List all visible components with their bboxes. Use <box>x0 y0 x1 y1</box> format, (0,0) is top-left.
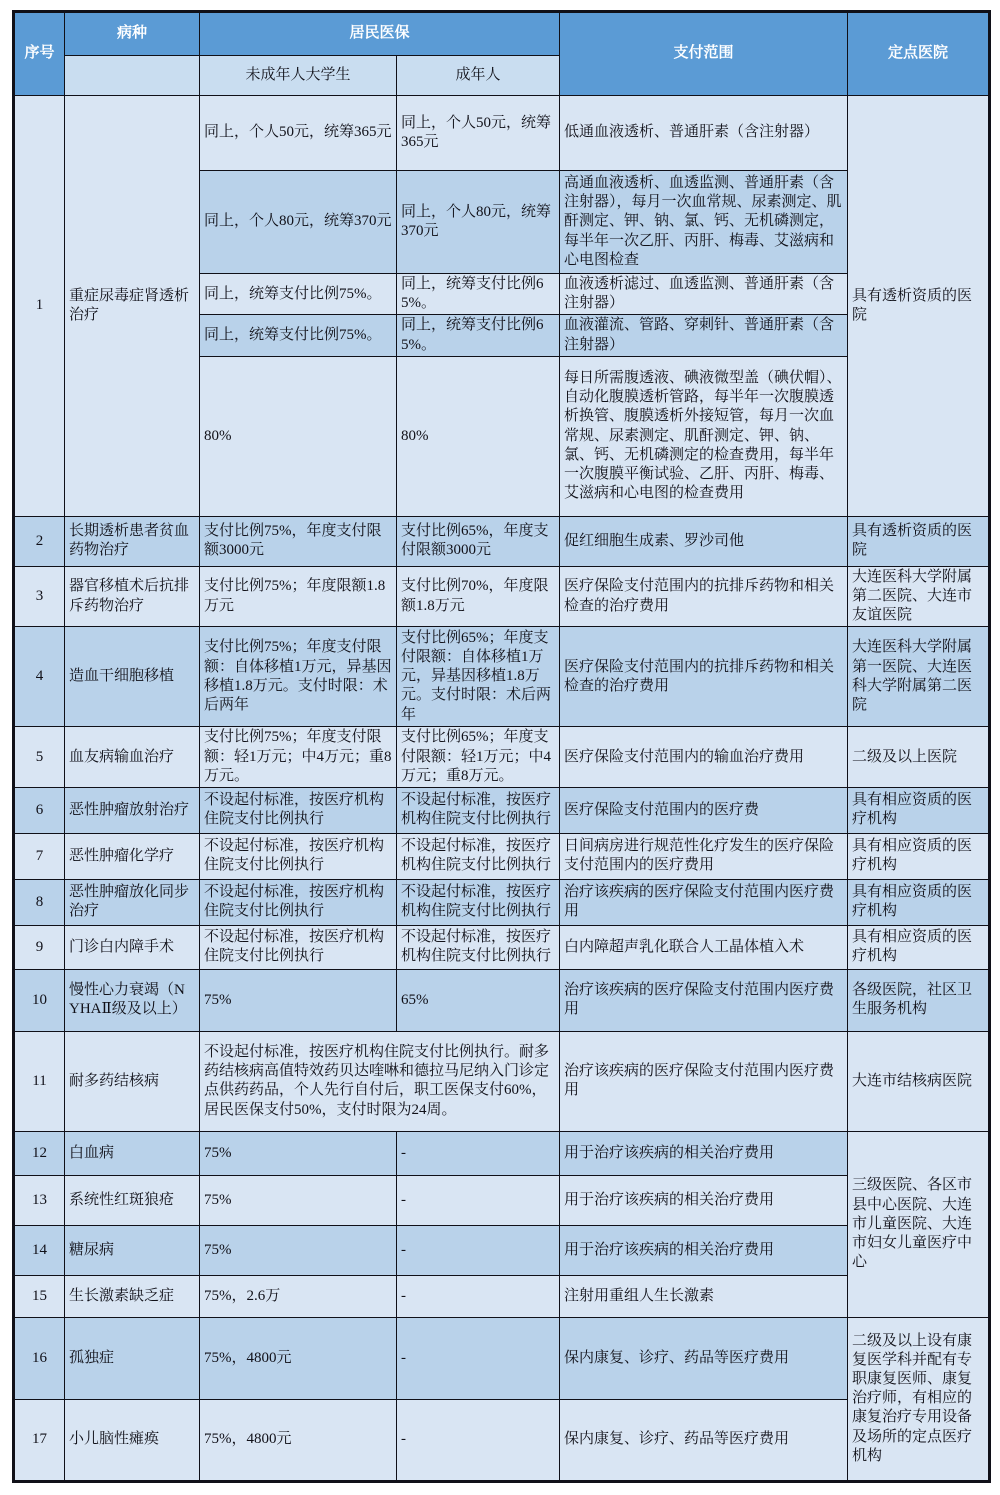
cell-r2-disease: 长期透析患者贫血药物治疗 <box>65 516 200 566</box>
cell-r13-scope: 用于治疗该疾病的相关治疗费用 <box>560 1175 848 1225</box>
cell-r5-disease: 血友病输血治疗 <box>65 727 200 788</box>
cell-r3-adult: 支付比例70%，年度限额1.8万元 <box>397 566 560 627</box>
cell-r2-adult: 支付比例65%，年度支付限额3000元 <box>397 516 560 566</box>
table-row-15: 15 生长激素缺乏症 75%，2.6万 - 注射用重组人生长激素 <box>14 1275 990 1317</box>
cell-r7-hospital: 具有相应资质的医疗机构 <box>848 833 990 879</box>
cell-r1s3-adult: 同上，统筹支付比例65%。 <box>397 274 560 315</box>
cell-r6-seq: 6 <box>14 787 65 833</box>
cell-r1s5-scope: 每日所需腹透液、碘液微型盖（碘伏帽）、自动化腹膜透析管路，每半年一次腹膜透析换管… <box>560 356 848 516</box>
cell-r4-disease: 造血干细胞移植 <box>65 627 200 727</box>
cell-r14-minor: 75% <box>200 1225 397 1275</box>
cell-r1s4-scope: 血液灌流、管路、穿刺针、普通肝素（含注射器） <box>560 315 848 356</box>
cell-r1s5-adult: 80% <box>397 356 560 516</box>
cell-r2-minor: 支付比例75%，年度支付限额3000元 <box>200 516 397 566</box>
cell-r1-hospital: 具有透析资质的医院 <box>848 96 990 517</box>
cell-r10-disease: 慢性心力衰竭（NYHAⅡ级及以上） <box>65 969 200 1031</box>
cell-r12-hospital-merged: 三级医院、各区市县中心医院、大连市儿童医院、大连市妇女儿童医疗中心 <box>848 1131 990 1317</box>
cell-r8-minor: 不设起付标准，按医疗机构住院支付比例执行 <box>200 879 397 925</box>
cell-r3-scope: 医疗保险支付范围内的抗排斥药物和相关检查的治疗费用 <box>560 566 848 627</box>
cell-r10-minor: 75% <box>200 969 397 1031</box>
cell-r4-scope: 医疗保险支付范围内的抗排斥药物和相关检查的治疗费用 <box>560 627 848 727</box>
cell-r6-minor: 不设起付标准，按医疗机构住院支付比例执行 <box>200 787 397 833</box>
cell-r5-scope: 医疗保险支付范围内的输血治疗费用 <box>560 727 848 788</box>
cell-r9-scope: 白内障超声乳化联合人工晶体植入术 <box>560 925 848 969</box>
cell-r5-adult: 支付比例65%；年度支付限额：轻1万元；中4万元；重8万元。 <box>397 727 560 788</box>
cell-r7-seq: 7 <box>14 833 65 879</box>
header-seq: 序号 <box>14 12 65 96</box>
cell-r8-disease: 恶性肿瘤放化同步治疗 <box>65 879 200 925</box>
cell-r10-adult: 65% <box>397 969 560 1031</box>
cell-r13-seq: 13 <box>14 1175 65 1225</box>
cell-r1s4-minor: 同上，统筹支付比例75%。 <box>200 315 397 356</box>
cell-r10-scope: 治疗该疾病的医疗保险支付范围内医疗费用 <box>560 969 848 1031</box>
table-row-4: 4 造血干细胞移植 支付比例75%；年度支付限额：自体移植1万元，异基因移植1.… <box>14 627 990 727</box>
cell-r2-hospital: 具有透析资质的医院 <box>848 516 990 566</box>
header-minor-student: 未成年人大学生 <box>200 56 397 96</box>
header-disease-empty <box>65 56 200 96</box>
cell-r12-adult: - <box>397 1131 560 1175</box>
cell-r10-hospital: 各级医院，社区卫生服务机构 <box>848 969 990 1031</box>
cell-r12-minor: 75% <box>200 1131 397 1175</box>
cell-r1s3-scope: 血液透析滤过、血透监测、普通肝素（含注射器） <box>560 274 848 315</box>
header-hospital: 定点医院 <box>848 12 990 96</box>
cell-r1s4-adult: 同上，统筹支付比例65%。 <box>397 315 560 356</box>
table-row-14: 14 糖尿病 75% - 用于治疗该疾病的相关治疗费用 <box>14 1225 990 1275</box>
cell-r1s1-scope: 低通血液透析、普通肝素（含注射器） <box>560 96 848 171</box>
cell-r8-adult: 不设起付标准，按医疗机构住院支付比例执行 <box>397 879 560 925</box>
header-resident-insurance: 居民医保 <box>200 12 560 56</box>
cell-r1-disease: 重症尿毒症肾透析治疗 <box>65 96 200 517</box>
cell-r9-hospital: 具有相应资质的医疗机构 <box>848 925 990 969</box>
cell-r15-seq: 15 <box>14 1275 65 1317</box>
cell-r4-hospital: 大连医科大学附属第一医院、大连医科大学附属第二医院 <box>848 627 990 727</box>
table-row-3: 3 器官移植术后抗排斥药物治疗 支付比例75%；年度限额1.8万元 支付比例70… <box>14 566 990 627</box>
cell-r5-hospital: 二级及以上医院 <box>848 727 990 788</box>
cell-r14-adult: - <box>397 1225 560 1275</box>
table-row-9: 9 门诊白内障手术 不设起付标准，按医疗机构住院支付比例执行 不设起付标准，按医… <box>14 925 990 969</box>
cell-r15-scope: 注射用重组人生长激素 <box>560 1275 848 1317</box>
header-disease: 病种 <box>65 12 200 56</box>
cell-r6-scope: 医疗保险支付范围内的医疗费 <box>560 787 848 833</box>
cell-r17-adult: - <box>397 1399 560 1481</box>
cell-r15-minor: 75%，2.6万 <box>200 1275 397 1317</box>
cell-r13-minor: 75% <box>200 1175 397 1225</box>
cell-r9-minor: 不设起付标准，按医疗机构住院支付比例执行 <box>200 925 397 969</box>
cell-r17-scope: 保内康复、诊疗、药品等医疗费用 <box>560 1399 848 1481</box>
table-row-16: 16 孤独症 75%，4800元 - 保内康复、诊疗、药品等医疗费用 二级及以上… <box>14 1317 990 1399</box>
cell-r11-hospital: 大连市结核病医院 <box>848 1031 990 1131</box>
cell-r4-adult: 支付比例65%；年度支付限额：自体移植1万元，异基因移植1.8万元。支付时限：术… <box>397 627 560 727</box>
table-row-17: 17 小儿脑性瘫痪 75%，4800元 - 保内康复、诊疗、药品等医疗费用 <box>14 1399 990 1481</box>
table-row-6: 6 恶性肿瘤放射治疗 不设起付标准，按医疗机构住院支付比例执行 不设起付标准，按… <box>14 787 990 833</box>
cell-r7-disease: 恶性肿瘤化学疗 <box>65 833 200 879</box>
cell-r1s5-minor: 80% <box>200 356 397 516</box>
cell-r3-minor: 支付比例75%；年度限额1.8万元 <box>200 566 397 627</box>
cell-r6-disease: 恶性肿瘤放射治疗 <box>65 787 200 833</box>
cell-r1s2-adult: 同上，个人80元，统筹370元 <box>397 171 560 274</box>
cell-r11-scope: 治疗该疾病的医疗保险支付范围内医疗费用 <box>560 1031 848 1131</box>
table-row-5: 5 血友病输血治疗 支付比例75%；年度支付限额：轻1万元；中4万元；重8万元。… <box>14 727 990 788</box>
cell-r16-adult: - <box>397 1317 560 1399</box>
cell-r7-minor: 不设起付标准，按医疗机构住院支付比例执行 <box>200 833 397 879</box>
cell-r14-disease: 糖尿病 <box>65 1225 200 1275</box>
cell-r16-seq: 16 <box>14 1317 65 1399</box>
table-row-7: 7 恶性肿瘤化学疗 不设起付标准，按医疗机构住院支付比例执行 不设起付标准，按医… <box>14 833 990 879</box>
cell-r9-seq: 9 <box>14 925 65 969</box>
cell-r6-adult: 不设起付标准，按医疗机构住院支付比例执行 <box>397 787 560 833</box>
cell-r2-seq: 2 <box>14 516 65 566</box>
cell-r7-adult: 不设起付标准，按医疗机构住院支付比例执行 <box>397 833 560 879</box>
cell-r5-minor: 支付比例75%；年度支付限额：轻1万元；中4万元；重8万元。 <box>200 727 397 788</box>
cell-r17-seq: 17 <box>14 1399 65 1481</box>
cell-r16-disease: 孤独症 <box>65 1317 200 1399</box>
cell-r11-payment-merged: 不设起付标准，按医疗机构住院支付比例执行。耐多药结核病高值特效药贝达喹啉和德拉马… <box>200 1031 560 1131</box>
page: 序号 病种 居民医保 支付范围 定点医院 未成年人大学生 成年人 1 重症尿毒症… <box>0 0 1000 1495</box>
table-row-11: 11 耐多药结核病 不设起付标准，按医疗机构住院支付比例执行。耐多药结核病高值特… <box>14 1031 990 1131</box>
table-row-8: 8 恶性肿瘤放化同步治疗 不设起付标准，按医疗机构住院支付比例执行 不设起付标准… <box>14 879 990 925</box>
cell-r17-disease: 小儿脑性瘫痪 <box>65 1399 200 1481</box>
cell-r7-scope: 日间病房进行规范性化疗发生的医疗保险支付范围内的医疗费用 <box>560 833 848 879</box>
cell-r1s2-scope: 高通血液透析、血透监测、普通肝素（含注射器），每月一次血常规、尿素测定、肌酐测定… <box>560 171 848 274</box>
cell-r17-minor: 75%，4800元 <box>200 1399 397 1481</box>
cell-r10-seq: 10 <box>14 969 65 1031</box>
cell-r1s1-minor: 同上，个人50元，统筹365元 <box>200 96 397 171</box>
cell-r8-scope: 治疗该疾病的医疗保险支付范围内医疗费用 <box>560 879 848 925</box>
cell-r11-seq: 11 <box>14 1031 65 1131</box>
cell-r4-seq: 4 <box>14 627 65 727</box>
cell-r8-seq: 8 <box>14 879 65 925</box>
cell-r9-disease: 门诊白内障手术 <box>65 925 200 969</box>
header-adult: 成年人 <box>397 56 560 96</box>
cell-r1s3-minor: 同上，统筹支付比例75%。 <box>200 274 397 315</box>
table-row-12: 12 白血病 75% - 用于治疗该疾病的相关治疗费用 三级医院、各区市县中心医… <box>14 1131 990 1175</box>
cell-r4-minor: 支付比例75%；年度支付限额：自体移植1万元，异基因移植1.8万元。支付时限：术… <box>200 627 397 727</box>
cell-r15-adult: - <box>397 1275 560 1317</box>
cell-r1s2-minor: 同上，个人80元，统筹370元 <box>200 171 397 274</box>
cell-r16-hospital-merged: 二级及以上设有康复医学科并配有专职康复医师、康复治疗师，有相应的康复治疗专用设备… <box>848 1317 990 1481</box>
cell-r8-hospital: 具有相应资质的医疗机构 <box>848 879 990 925</box>
cell-r16-scope: 保内康复、诊疗、药品等医疗费用 <box>560 1317 848 1399</box>
cell-r12-seq: 12 <box>14 1131 65 1175</box>
cell-r11-disease: 耐多药结核病 <box>65 1031 200 1131</box>
cell-r1-seq: 1 <box>14 96 65 517</box>
cell-r15-disease: 生长激素缺乏症 <box>65 1275 200 1317</box>
cell-r3-seq: 3 <box>14 566 65 627</box>
cell-r6-hospital: 具有相应资质的医疗机构 <box>848 787 990 833</box>
header-payment-scope: 支付范围 <box>560 12 848 96</box>
cell-r3-hospital: 大连医科大学附属第二医院、大连市友谊医院 <box>848 566 990 627</box>
cell-r9-adult: 不设起付标准，按医疗机构住院支付比例执行 <box>397 925 560 969</box>
cell-r13-adult: - <box>397 1175 560 1225</box>
table-row-10: 10 慢性心力衰竭（NYHAⅡ级及以上） 75% 65% 治疗该疾病的医疗保险支… <box>14 969 990 1031</box>
insurance-disease-table: 序号 病种 居民医保 支付范围 定点医院 未成年人大学生 成年人 1 重症尿毒症… <box>12 10 991 1483</box>
cell-r16-minor: 75%，4800元 <box>200 1317 397 1399</box>
cell-r1s1-adult: 同上，个人50元，统筹365元 <box>397 96 560 171</box>
cell-r13-disease: 系统性红斑狼疮 <box>65 1175 200 1225</box>
cell-r3-disease: 器官移植术后抗排斥药物治疗 <box>65 566 200 627</box>
header-row-1: 序号 病种 居民医保 支付范围 定点医院 <box>14 12 990 56</box>
cell-r12-disease: 白血病 <box>65 1131 200 1175</box>
table-row-13: 13 系统性红斑狼疮 75% - 用于治疗该疾病的相关治疗费用 <box>14 1175 990 1225</box>
cell-r14-seq: 14 <box>14 1225 65 1275</box>
cell-r5-seq: 5 <box>14 727 65 788</box>
cell-r14-scope: 用于治疗该疾病的相关治疗费用 <box>560 1225 848 1275</box>
cell-r2-scope: 促红细胞生成素、罗沙司他 <box>560 516 848 566</box>
table-row-1-sub-1: 1 重症尿毒症肾透析治疗 同上，个人50元，统筹365元 同上，个人50元，统筹… <box>14 96 990 171</box>
cell-r12-scope: 用于治疗该疾病的相关治疗费用 <box>560 1131 848 1175</box>
table-row-2: 2 长期透析患者贫血药物治疗 支付比例75%，年度支付限额3000元 支付比例6… <box>14 516 990 566</box>
